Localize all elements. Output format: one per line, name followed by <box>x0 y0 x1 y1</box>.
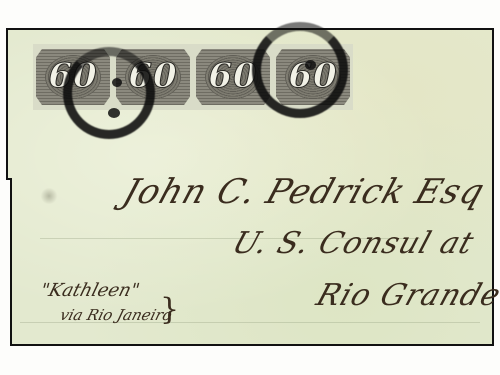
routing-brace: } <box>160 292 179 327</box>
postmark-date-mark <box>112 78 122 87</box>
paper-stain <box>40 188 58 204</box>
address-city: Rio Grande <box>312 278 500 313</box>
routing-via: via Rio Janeiro <box>58 306 174 324</box>
postmark-right <box>252 22 348 118</box>
postmark-date-mark <box>305 60 316 70</box>
envelope-left-edge <box>10 180 12 346</box>
postmark-date-mark <box>108 108 120 118</box>
postmark-left <box>63 47 155 139</box>
address-title: U. S. Consul at <box>228 226 479 261</box>
address-name: John C. Pedrick Esq <box>118 172 490 212</box>
envelope-bottom-edge <box>10 344 494 346</box>
routing-ship-name: "Kathleen" <box>38 280 142 301</box>
